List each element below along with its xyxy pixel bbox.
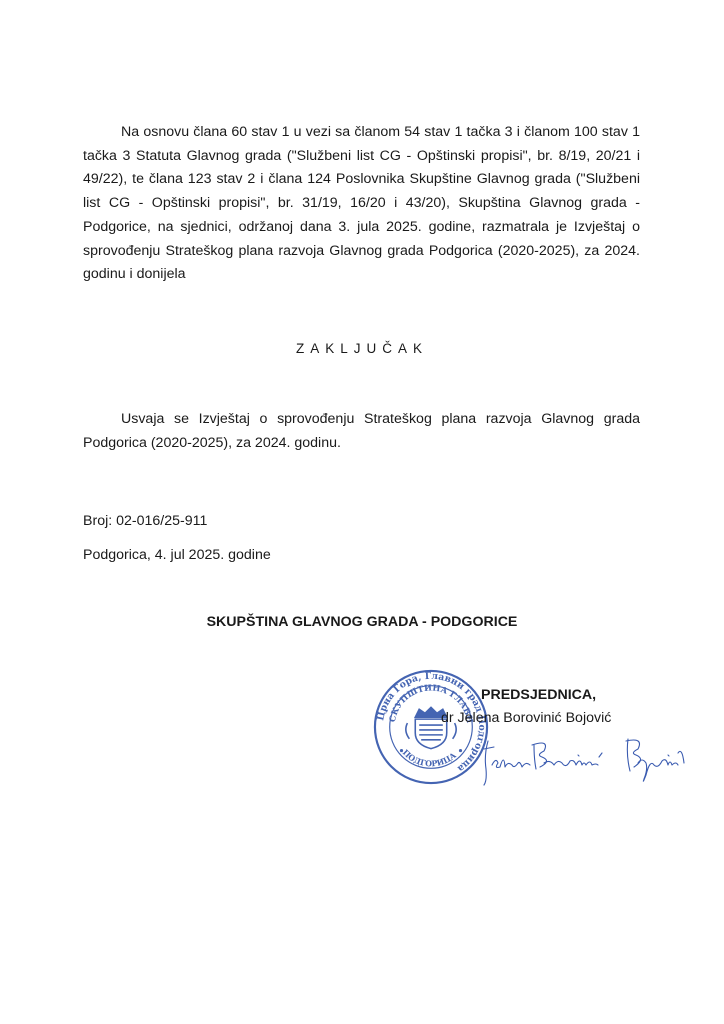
signatory-title: PREDSJEDNICA, <box>481 687 596 703</box>
document-title: ZAKLJUČAK <box>0 341 724 356</box>
official-stamp-icon: Црна Гора, Главни град Подгорица СКУПШТИ… <box>372 668 490 786</box>
conclusion-paragraph-text: Usvaja se Izvještaj o sprovođenju Strate… <box>83 411 640 451</box>
place-date: Podgorica, 4. jul 2025. godine <box>83 547 271 563</box>
intro-paragraph-text: Na osnovu člana 60 stav 1 u vezi sa član… <box>83 124 640 282</box>
reference-number: Broj: 02-016/25-911 <box>83 513 207 529</box>
handwritten-signature-icon <box>478 735 703 790</box>
issuing-body: SKUPŠTINA GLAVNOG GRADA - PODGORICE <box>0 614 724 630</box>
svg-text:ПОДГОРИЦА: ПОДГОРИЦА <box>401 748 459 769</box>
intro-paragraph: Na osnovu člana 60 stav 1 u vezi sa član… <box>83 121 640 287</box>
document-page: Na osnovu člana 60 stav 1 u vezi sa član… <box>0 0 724 1024</box>
signatory-name: dr Jelena Borovinić Bojović <box>441 710 611 726</box>
conclusion-paragraph: Usvaja se Izvještaj o sprovođenju Strate… <box>83 408 640 455</box>
